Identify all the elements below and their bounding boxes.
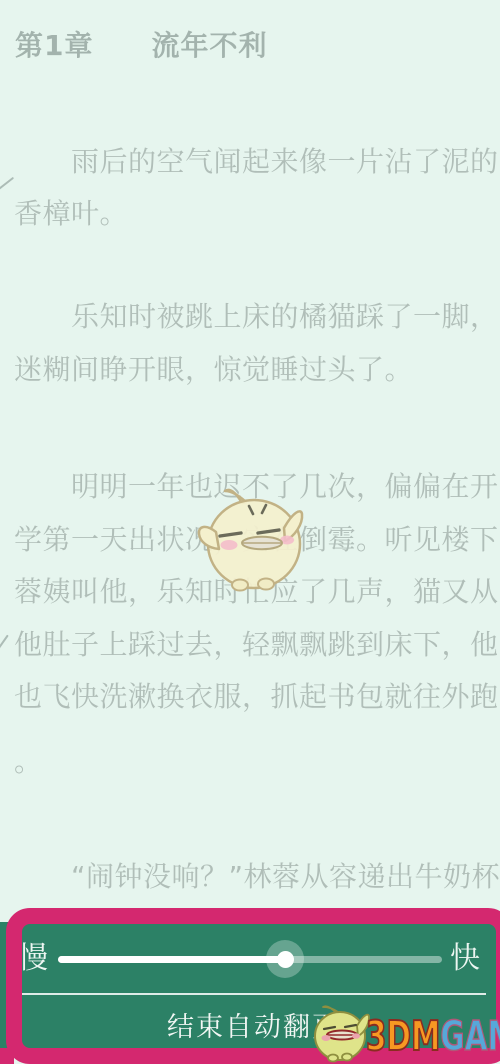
body-line: 乐知时被跳上床的橘猫踩了一脚， — [14, 297, 500, 337]
reader-screen: 第1章 流年不利 雨后的空气闻起来像一片沾了泥的 香樟叶。 乐知时被跳上床的橘猫… — [0, 0, 500, 1064]
body-line: 香樟叶。 — [14, 194, 500, 234]
chick-mascot-icon — [310, 1002, 372, 1064]
chick-mascot-watermark — [196, 484, 308, 598]
body-line: 也飞快洗漱换衣服，抓起书包就往外跑 — [14, 677, 500, 717]
site-logo-text: 3DMGAME — [366, 1012, 500, 1060]
body-line: 他肚子上踩过去，轻飘飘跳到床下，他 — [14, 625, 500, 665]
logo-3dm: 3DM — [366, 1012, 440, 1060]
highlight-frame-bottom — [0, 1048, 14, 1064]
page-curl-mark — [0, 177, 14, 193]
body-line: 雨后的空气闻起来像一片沾了泥的 — [14, 142, 500, 182]
body-line: 迷糊间睁开眼，惊觉睡过头了。 — [14, 350, 500, 390]
page-curl-mark — [0, 635, 9, 656]
chapter-title: 第1章 流年不利 — [15, 26, 485, 66]
logo-game: GAME — [440, 1012, 500, 1060]
body-line: “闹钟没响？”林蓉从容递出牛奶杯 — [14, 857, 500, 897]
body-line: 。 — [14, 742, 500, 782]
site-watermark: 3DMGAME — [310, 1000, 500, 1064]
